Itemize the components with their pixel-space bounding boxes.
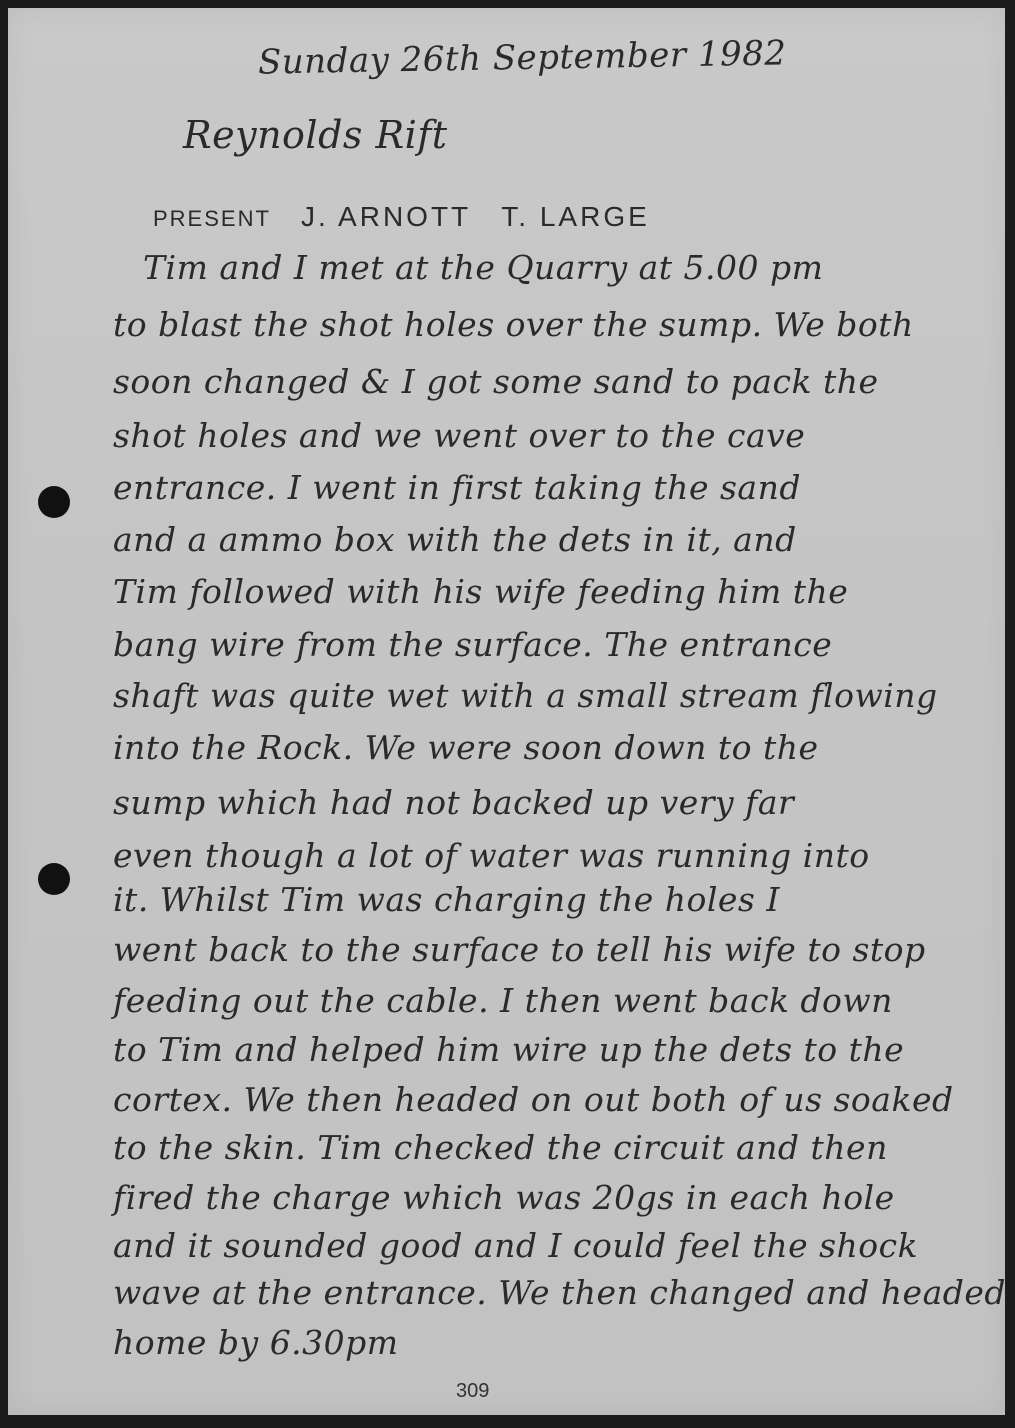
body-line: home by 6.30pm [113, 1323, 399, 1362]
body-line: to the skin. Tim checked the circuit and… [113, 1128, 888, 1167]
body-line: shaft was quite wet with a small stream … [113, 676, 938, 715]
punch-hole-top [38, 486, 70, 518]
present-line: PRESENT J. ARNOTT T. LARGE [153, 201, 672, 233]
body-line: fired the charge which was 20gs in each … [113, 1178, 895, 1217]
body-line: it. Whilst Tim was charging the holes I [113, 880, 780, 919]
body-line: entrance. I went in first taking the san… [113, 468, 801, 507]
page-number: 309 [456, 1380, 489, 1403]
punch-hole-bottom [38, 863, 70, 895]
body-line: soon changed & I got some sand to pack t… [113, 362, 879, 401]
body-line: shot holes and we went over to the cave [113, 416, 805, 455]
present-name-1: J. ARNOTT [301, 201, 471, 232]
body-line: Tim followed with his wife feeding him t… [113, 572, 848, 611]
body-line: Tim and I met at the Quarry at 5.00 pm [143, 248, 823, 287]
body-line: feeding out the cable. I then went back … [113, 981, 893, 1020]
body-line: sump which had not backed up very far [113, 783, 794, 822]
entry-date: Sunday 26th September 1982 [258, 33, 787, 82]
body-line: to blast the shot holes over the sump. W… [113, 305, 914, 344]
body-line: and a ammo box with the dets in it, and [113, 520, 797, 559]
entry-title: Reynolds Rift [183, 113, 448, 157]
body-line: wave at the entrance. We then changed an… [113, 1273, 1006, 1312]
present-name-2: T. LARGE [501, 201, 649, 232]
body-line: to Tim and helped him wire up the dets t… [113, 1030, 904, 1069]
body-line: bang wire from the surface. The entrance [113, 625, 832, 664]
body-line: and it sounded good and I could feel the… [113, 1226, 918, 1265]
body-line: cortex. We then headed on out both of us… [113, 1080, 954, 1119]
present-label: PRESENT [153, 206, 271, 231]
body-line: into the Rock. We were soon down to the [113, 728, 819, 767]
body-line: went back to the surface to tell his wif… [113, 930, 926, 969]
body-line: even though a lot of water was running i… [113, 836, 870, 875]
notebook-page: Sunday 26th September 1982 Reynolds Rift… [8, 8, 1005, 1415]
